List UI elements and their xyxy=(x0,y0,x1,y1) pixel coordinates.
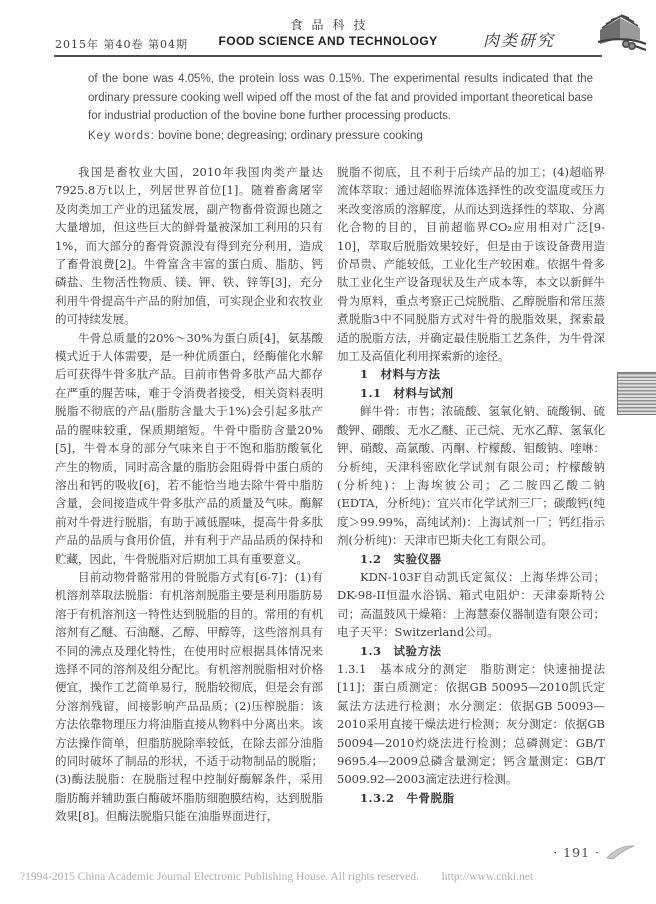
keywords-label: Key words: xyxy=(88,130,155,142)
body-columns: 我国是畜牧业大国，2010年我国肉类产量达7925.8万t以上，列居世界首位[1… xyxy=(55,163,605,863)
keywords-line: Key words: bovine bone; degreasing; ordi… xyxy=(88,127,593,146)
keywords-text: bovine bone; degreasing; ordinary pressu… xyxy=(158,130,423,142)
page-footer: ?1994-2015 China Academic Journal Electr… xyxy=(20,871,640,883)
page-corner-swoosh-icon xyxy=(605,844,635,860)
page-number-block: · 191 · xyxy=(525,841,635,863)
open-book-icon xyxy=(596,8,648,54)
journal-title-en: FOOD SCIENCE AND TECHNOLOGY xyxy=(0,34,656,48)
footer-copyright: ?1994-2015 China Academic Journal Electr… xyxy=(20,871,419,883)
section-heading-1-2: 1.2 实验仪器 xyxy=(337,550,605,568)
section-body-1-1: 鲜牛骨：市售；浓硫酸、氢氧化钠、硫酸铜、硫酸钾、硼酸、无水乙醚、正己烷、无水乙醇… xyxy=(337,402,605,549)
paragraph-intro-2: 牛骨总质量的20%～30%为蛋白质[4]，氨基酸模式近于人体需要，是一种优质蛋白… xyxy=(55,329,323,568)
footer-url-link[interactable]: http://www.cnki.net xyxy=(442,871,533,883)
column-name: 肉类研究 xyxy=(483,28,555,51)
section-heading-1-3: 1.3 试验方法 xyxy=(337,642,605,660)
journal-page: 2015年 第40卷 第04期 食品科技 FOOD SCIENCE AND TE… xyxy=(0,0,656,904)
scan-artifact-stripes xyxy=(617,372,656,415)
section-heading-1: 1 材料与方法 xyxy=(337,365,605,383)
section-heading-1-1: 1.1 材料与试剂 xyxy=(337,384,605,402)
page-number: · 191 · xyxy=(553,845,600,860)
paragraph-intro-3: 目前动物骨骼常用的骨脱脂方式有[6-7]：(1)有机溶剂萃取法脱脂：有机溶剂脱脂… xyxy=(55,568,323,826)
abstract-text: of the bone was 4.05%, the protein loss … xyxy=(88,70,593,126)
section-heading-1-3-2: 1.3.2 牛骨脱脂 xyxy=(337,789,605,807)
column-left: 我国是畜牧业大国，2010年我国肉类产量达7925.8万t以上，列居世界首位[1… xyxy=(55,163,323,863)
column-right: 脱脂不彻底，且不利于后续产品的加工；(4)超临界流体萃取：通过超临界流体选择性的… xyxy=(337,163,605,863)
section-body-1-2: KDN-103F自动凯氏定氮仪：上海华烨公司；DK-98-II恒温水浴锅、箱式电… xyxy=(337,568,605,642)
section-body-1-3-1: 1.3.1 基本成分的测定 脂肪测定：快速抽提法[11]；蛋白质测定：依据GB … xyxy=(337,660,605,789)
page-header: 2015年 第40卷 第04期 食品科技 FOOD SCIENCE AND TE… xyxy=(0,0,656,60)
abstract-block: of the bone was 4.05%, the protein loss … xyxy=(88,70,593,145)
journal-title-cn: 食品科技 xyxy=(0,16,656,33)
header-divider xyxy=(54,55,602,57)
paragraph-intro-continued: 脱脂不彻底，且不利于后续产品的加工；(4)超临界流体萃取：通过超临界流体选择性的… xyxy=(337,163,605,365)
paragraph-intro-1: 我国是畜牧业大国，2010年我国肉类产量达7925.8万t以上，列居世界首位[1… xyxy=(55,163,323,329)
